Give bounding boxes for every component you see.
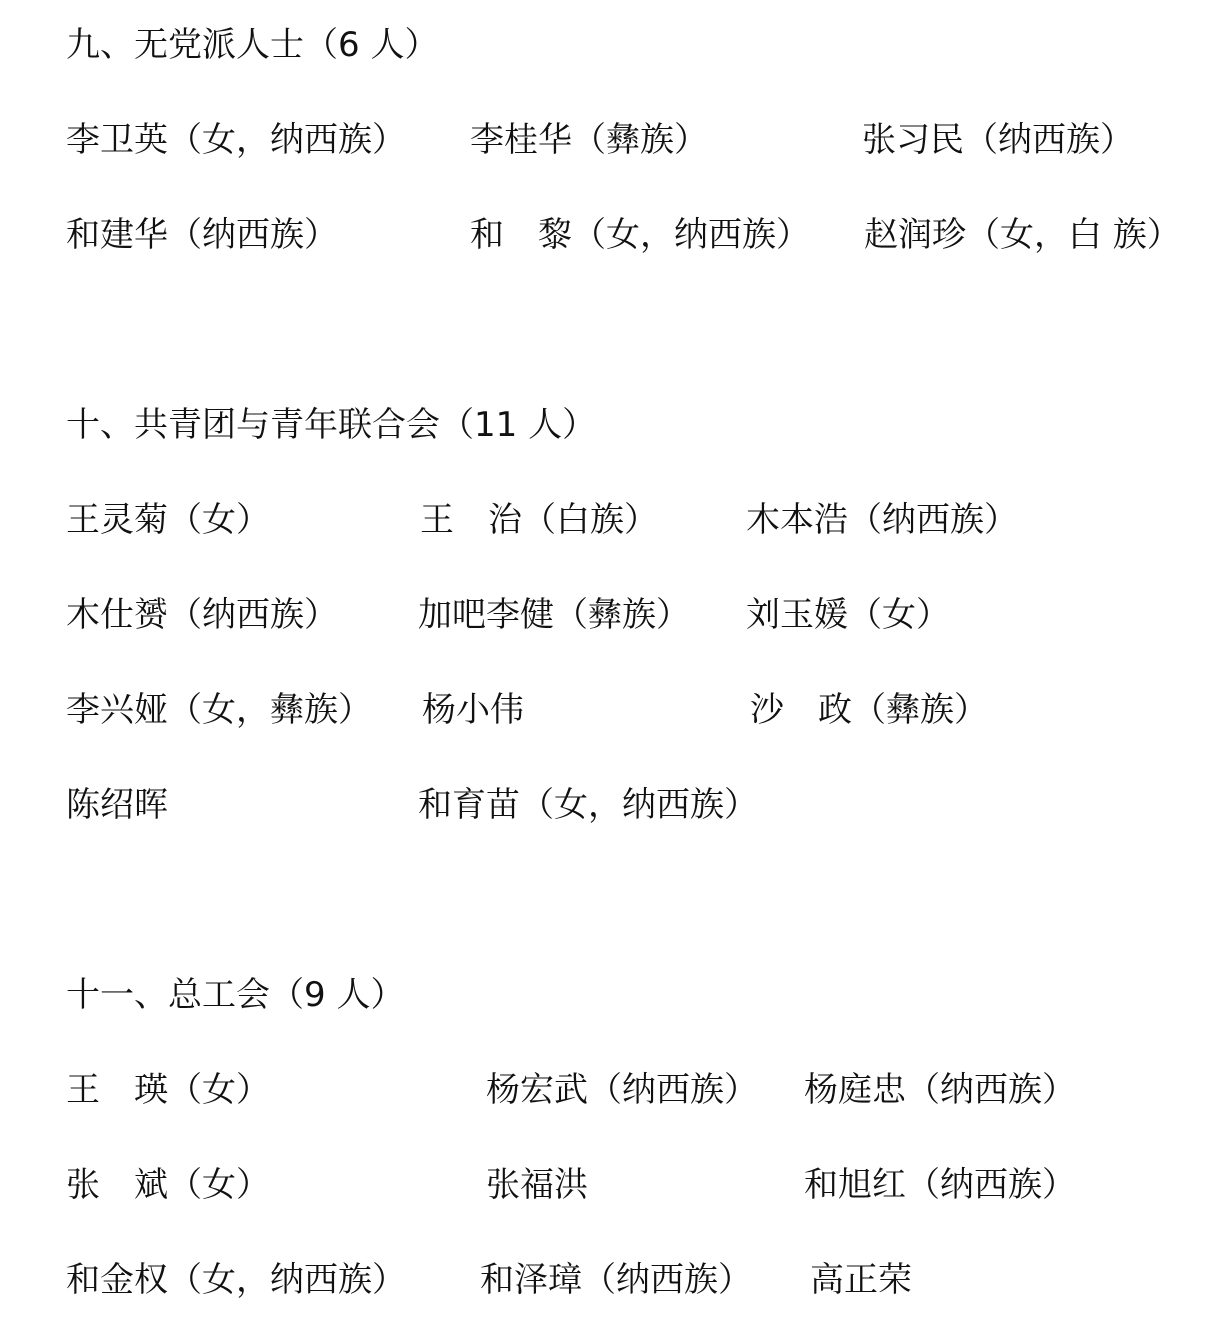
section-heading-youth-league: 十、共青团与青年联合会（11 人） bbox=[66, 400, 596, 450]
member-entry: 高正荣 bbox=[810, 1255, 912, 1305]
member-entry: 和 黎（女，纳西族） bbox=[470, 210, 810, 260]
section-heading-trade-union: 十一、总工会（9 人） bbox=[66, 970, 404, 1020]
member-row: 木仕赟（纳西族） 加吧李健（彝族） 刘玉媛（女） bbox=[0, 590, 1206, 640]
member-row: 张 斌（女） 张福洪 和旭红（纳西族） bbox=[0, 1160, 1206, 1210]
member-entry: 杨庭忠（纳西族） bbox=[804, 1065, 1076, 1115]
member-row: 陈绍晖 和育苗（女，纳西族） bbox=[0, 780, 1206, 830]
member-entry: 张 斌（女） bbox=[66, 1160, 270, 1210]
member-entry: 木本浩（纳西族） bbox=[746, 495, 1018, 545]
member-entry: 杨宏武（纳西族） bbox=[486, 1065, 758, 1115]
member-entry: 和育苗（女，纳西族） bbox=[418, 780, 758, 830]
member-entry: 张习民（纳西族） bbox=[862, 115, 1134, 165]
member-entry: 加吧李健（彝族） bbox=[418, 590, 690, 640]
member-entry: 沙 政（彝族） bbox=[750, 685, 988, 735]
member-row: 和金权（女，纳西族） 和泽璋（纳西族） 高正荣 bbox=[0, 1255, 1206, 1305]
member-entry: 赵润珍（女，白 族） bbox=[864, 210, 1181, 260]
member-row: 王灵菊（女） 王 治（白族） 木本浩（纳西族） bbox=[0, 495, 1206, 545]
member-entry: 王 瑛（女） bbox=[66, 1065, 270, 1115]
member-entry: 李兴娅（女，彝族） bbox=[66, 685, 372, 735]
member-entry: 和旭红（纳西族） bbox=[804, 1160, 1076, 1210]
member-entry: 木仕赟（纳西族） bbox=[66, 590, 338, 640]
member-row: 和建华（纳西族） 和 黎（女，纳西族） 赵润珍（女，白 族） bbox=[0, 210, 1206, 260]
member-entry: 和泽璋（纳西族） bbox=[480, 1255, 752, 1305]
member-entry: 刘玉媛（女） bbox=[746, 590, 950, 640]
section-heading-independents: 九、无党派人士（6 人） bbox=[66, 20, 438, 70]
member-row: 李兴娅（女，彝族） 杨小伟 沙 政（彝族） bbox=[0, 685, 1206, 735]
member-entry: 陈绍晖 bbox=[66, 780, 168, 830]
member-entry: 和建华（纳西族） bbox=[66, 210, 338, 260]
member-entry: 张福洪 bbox=[486, 1160, 588, 1210]
member-row: 李卫英（女，纳西族） 李桂华（彝族） 张习民（纳西族） bbox=[0, 115, 1206, 165]
member-entry: 王灵菊（女） bbox=[66, 495, 270, 545]
member-row: 王 瑛（女） 杨宏武（纳西族） 杨庭忠（纳西族） bbox=[0, 1065, 1206, 1115]
member-entry: 王 治（白族） bbox=[420, 495, 658, 545]
member-entry: 和金权（女，纳西族） bbox=[66, 1255, 406, 1305]
member-entry: 杨小伟 bbox=[422, 685, 524, 735]
member-entry: 李卫英（女，纳西族） bbox=[66, 115, 406, 165]
member-entry: 李桂华（彝族） bbox=[470, 115, 708, 165]
